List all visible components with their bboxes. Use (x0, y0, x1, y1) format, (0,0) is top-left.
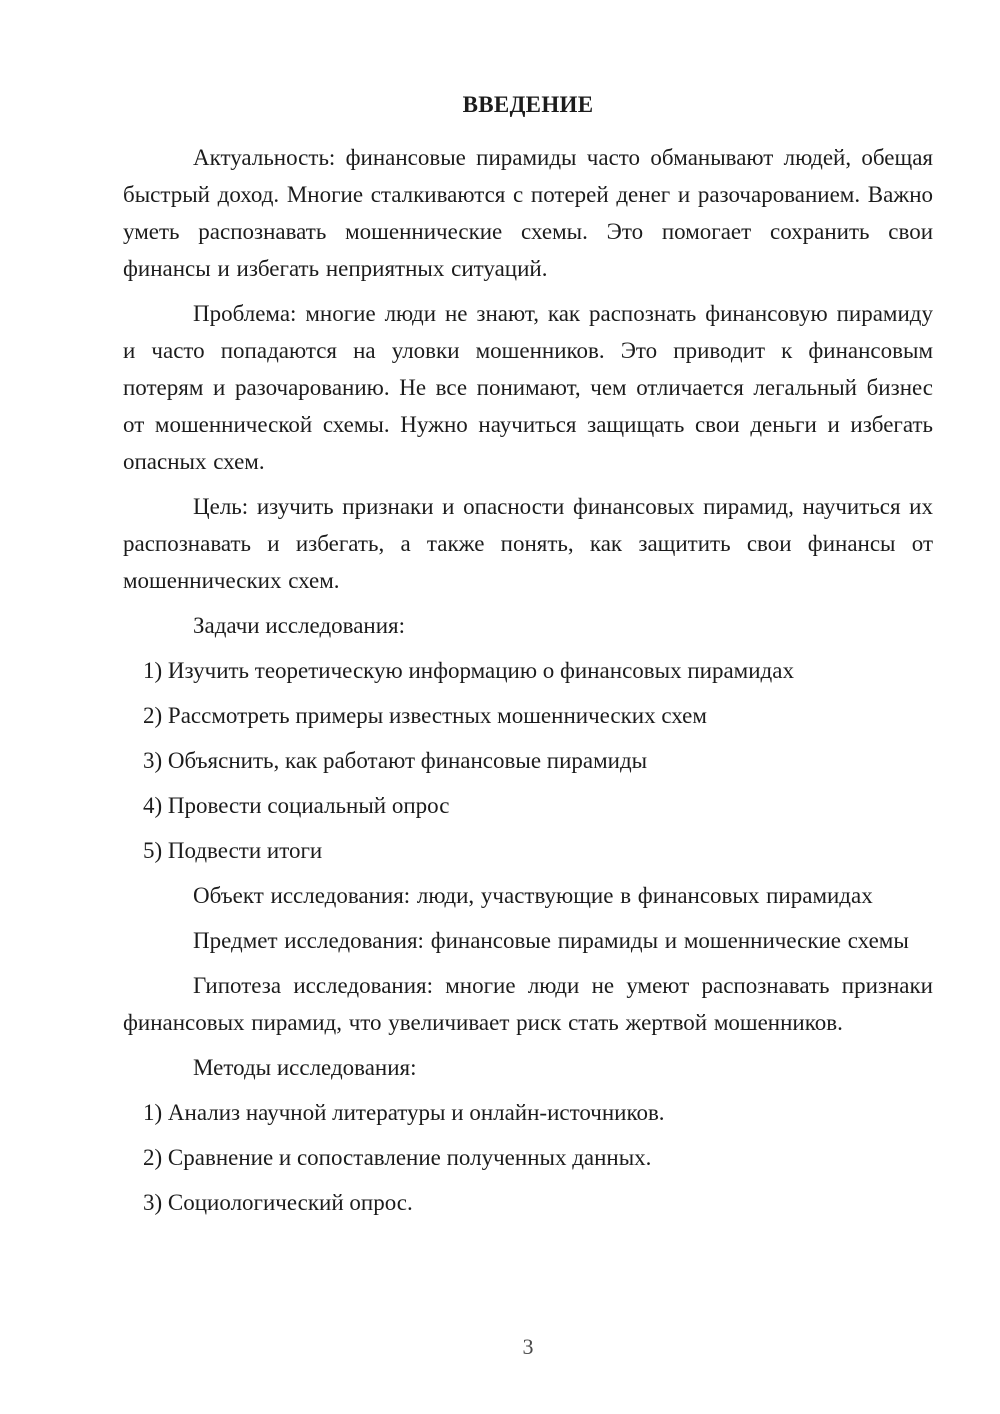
document-page: ВВЕДЕНИЕ Актуальность: финансовые пирами… (0, 0, 1000, 1414)
paragraph-relevance: Актуальность: финансовые пирамиды часто … (123, 139, 933, 287)
paragraph-hypothesis: Гипотеза исследования: многие люди не ум… (123, 967, 933, 1041)
task-item-1: 1) Изучить теоретическую информацию о фи… (123, 652, 933, 689)
method-item-3: 3) Социологический опрос. (123, 1184, 933, 1221)
page-number: 3 (123, 1328, 933, 1365)
task-item-5: 5) Подвести итоги (123, 832, 933, 869)
tasks-heading: Задачи исследования: (123, 607, 933, 644)
task-item-2: 2) Рассмотреть примеры известных мошенни… (123, 697, 933, 734)
paragraph-problem: Проблема: многие люди не знают, как расп… (123, 295, 933, 480)
methods-heading: Методы исследования: (123, 1049, 933, 1086)
task-item-4: 4) Провести социальный опрос (123, 787, 933, 824)
task-item-3: 3) Объяснить, как работают финансовые пи… (123, 742, 933, 779)
paragraph-subject: Предмет исследования: финансовые пирамид… (123, 922, 933, 959)
method-item-2: 2) Сравнение и сопоставление полученных … (123, 1139, 933, 1176)
document-title: ВВЕДЕНИЕ (123, 86, 933, 123)
paragraph-object: Объект исследования: люди, участвующие в… (123, 877, 933, 914)
method-item-1: 1) Анализ научной литературы и онлайн-ис… (123, 1094, 933, 1131)
page-content: ВВЕДЕНИЕ Актуальность: финансовые пирами… (0, 0, 1000, 1221)
paragraph-goal: Цель: изучить признаки и опасности финан… (123, 488, 933, 599)
